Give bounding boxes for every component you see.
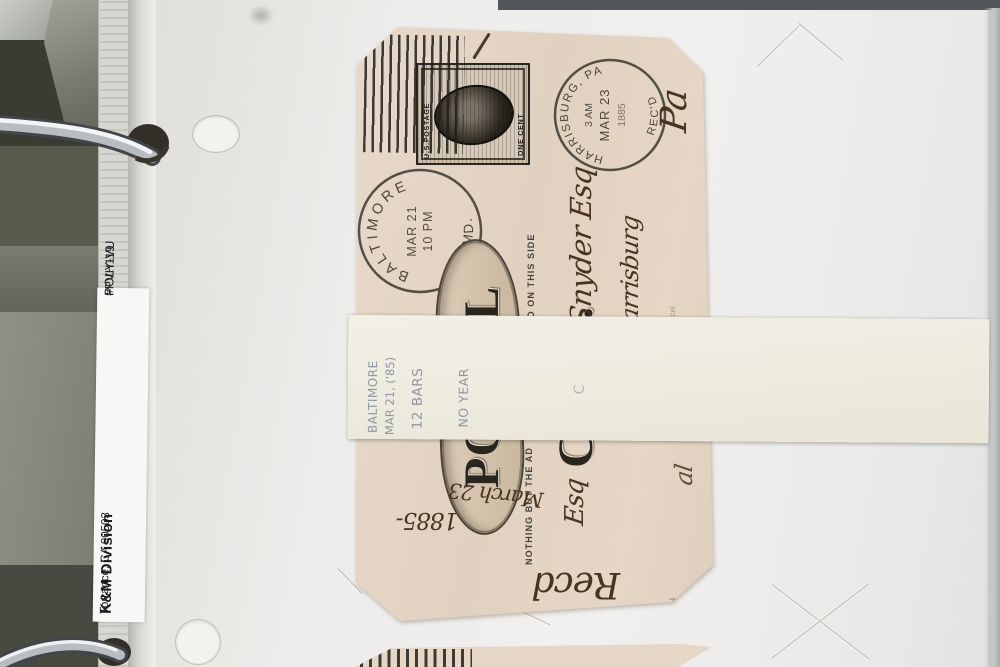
binder-interior [0,312,98,568]
postmark-date: MAR 23 [597,89,612,142]
pencil-number: 2 [657,590,677,611]
binder-metal-bar [0,246,98,312]
photo-scene: K&M Division Torrance, CA 90503 POLY-VU … [0,0,1000,667]
slip-date: MAR 21, ('85) [383,323,398,435]
binder-spine: K&M Division Torrance, CA 90503 POLY-VU … [0,0,126,667]
annotation-slip: BALTIMORE MAR 21, ('85) 12 BARS NO YEAR … [348,315,990,443]
postmark-year: 1885 [616,103,628,127]
punch-hole-reinforcement [176,620,220,664]
handwritten-year: 1885- [368,505,458,533]
handwritten-flourish: Esq [560,441,590,527]
handwritten-state: Pa [654,51,695,135]
label-model: #PVH119 [102,245,118,296]
printed-instruction-upper: ED ON THIS SIDE [526,233,536,325]
page-stain [248,5,274,26]
spine-label-text: K&M Division Torrance, CA 90503 POLY-VU … [98,296,146,615]
postmark-time: 10 PM [421,210,435,251]
slip-city: BALTIMORE [366,327,381,433]
slip-bars-note: 12 BARS [410,335,427,429]
handwritten-city: Harrisburg [616,128,644,344]
slip-mark: C [572,374,588,394]
stamp-right-label: ONE CENT [518,76,525,156]
label-address: Torrance, CA 90503 [98,512,114,614]
binder-interior-dark [0,565,98,667]
slip-year-note: NO YEAR [456,338,472,428]
handwritten-received: Recd [460,557,620,605]
punch-hole-reinforcement [193,116,239,152]
pen-mark [472,32,490,59]
background-table-edge [498,0,1000,10]
binder-spine-label: K&M Division Torrance, CA 90503 POLY-VU … [93,288,150,623]
cancellation-bars [363,34,465,154]
postmark-date: MAR 21 [405,205,419,256]
handwritten-addressee: Snyder Esq [564,93,598,328]
